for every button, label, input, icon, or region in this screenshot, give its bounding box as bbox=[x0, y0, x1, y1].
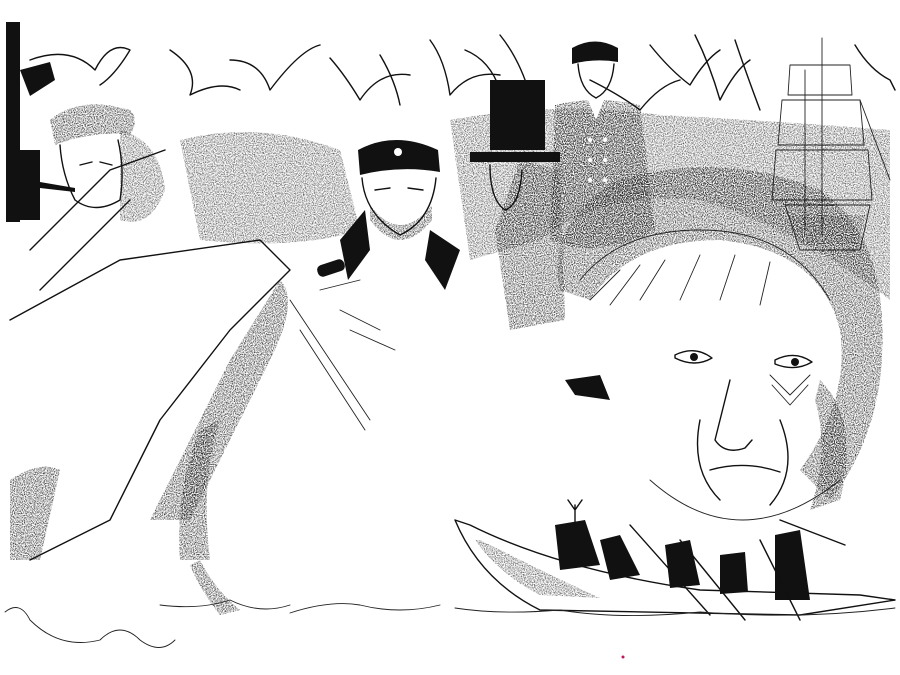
illustration-canvas bbox=[0, 0, 900, 675]
paper-background bbox=[0, 0, 900, 675]
stray-mark bbox=[622, 656, 625, 659]
